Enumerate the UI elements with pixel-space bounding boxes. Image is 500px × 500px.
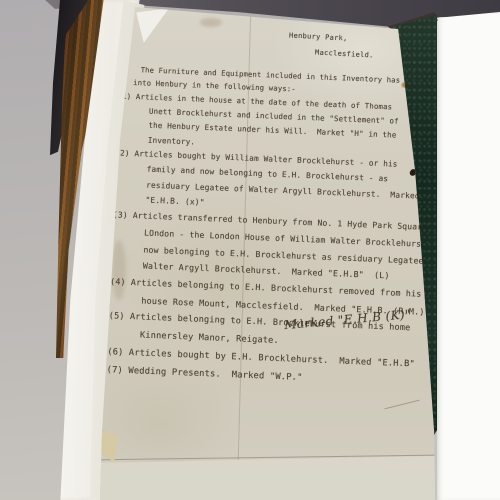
typed-line: "E.H.B. (x)" xyxy=(145,196,205,207)
white-backdrop-right xyxy=(437,12,500,500)
typed-text-block: The Furniture and Equipment included in … xyxy=(93,36,432,469)
typed-line: Inventory. xyxy=(148,135,196,146)
document-page: Henbury Park, Macclesfield. The Furnitur… xyxy=(88,0,440,500)
top-smudge-stain xyxy=(200,18,222,27)
doc-heading-place: Henbury Park, xyxy=(289,31,348,42)
typed-line: Kinnersley Manor, Reigate. xyxy=(140,330,279,346)
typed-line: (7) Wedding Presents. Marked "W.P." xyxy=(106,365,302,383)
typed-line: Walter Argyll Brocklehurst. Marked "E.H.… xyxy=(143,261,390,281)
photo-of-inventory-document: Henbury Park, Macclesfield. The Furnitur… xyxy=(0,0,500,500)
typed-line: into Henbury in the following ways:- xyxy=(133,78,296,94)
